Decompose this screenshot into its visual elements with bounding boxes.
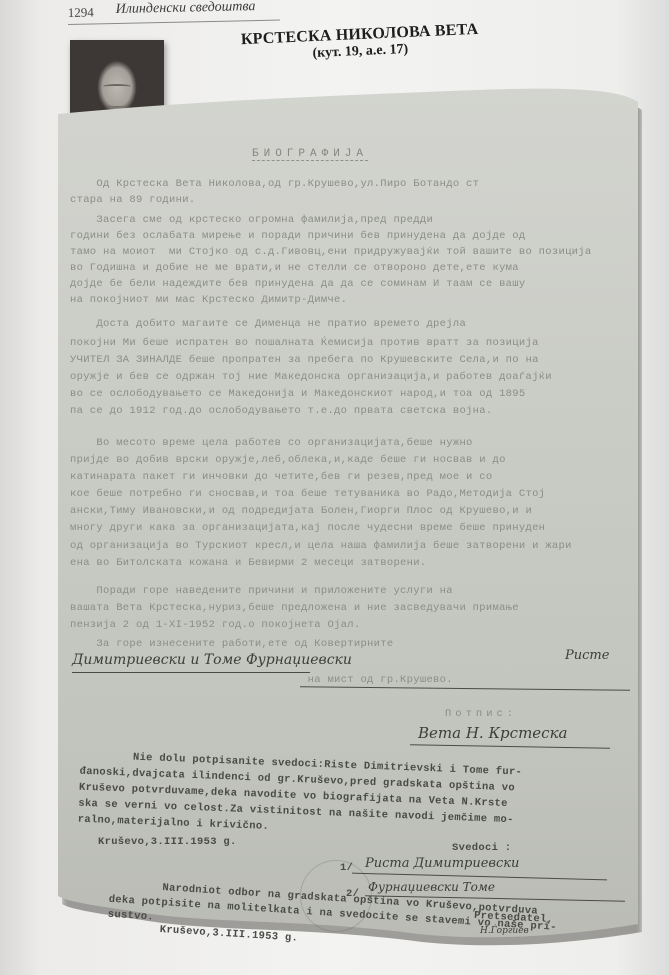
body-line: години без ослабата мирење и поради прич… bbox=[70, 230, 525, 242]
body-line: на покојниот ми мас Крстеско Димитр-Димч… bbox=[70, 294, 347, 306]
signature-label: Потпис: bbox=[445, 708, 517, 720]
body-line: УЧИТЕЛ ЗА ЗИНАЛДЕ беше пропратен за преб… bbox=[70, 354, 539, 366]
witness-2-signature: Фурнаџиевски Томе bbox=[368, 880, 495, 894]
chairman-signature: Н.Ѓорѓиев bbox=[480, 926, 529, 936]
body-line: ански,Тиму Ивановски,и од подредијата Бо… bbox=[70, 505, 532, 517]
handwritten-margin-word: Ристе bbox=[565, 648, 609, 663]
body-line: во се ослободувањето се Македонија и Мак… bbox=[70, 388, 525, 400]
body-line: За горе изнесените работи,ете од Коверти… bbox=[70, 638, 393, 650]
body-line: дојде бе бели надеждите бев принудена да… bbox=[70, 278, 525, 290]
entry-title: КРСТЕСКА НИКОЛОВА ВЕТА (кут. 19, а.е. 17… bbox=[239, 21, 480, 65]
witnesses-label: Svedoci : bbox=[452, 842, 511, 854]
body-line: од организација во Турскиот кресл,и цела… bbox=[70, 540, 572, 552]
body-line: на мист од гр.Крушево. bbox=[70, 674, 453, 686]
body-line: тамо на моиот ми Стојко од с.д.Гивовц,ен… bbox=[70, 246, 591, 258]
page-number: 1294 bbox=[68, 4, 94, 21]
body-line: оружје и бев се одржан тој ние Македонск… bbox=[70, 371, 552, 383]
underline bbox=[72, 672, 310, 673]
document-heading: БИОГРАФИЈА bbox=[252, 148, 368, 161]
body-line: пензија 2 од 1-XI-1952 год.о покојнета О… bbox=[70, 619, 360, 631]
handwritten-witnesses-names: Димитриевски и Томе Фурнаџиевски bbox=[72, 652, 352, 668]
body-line: кое беше потребно ги сносвав,и тоа беше … bbox=[70, 488, 545, 500]
photo-face-detail bbox=[108, 102, 126, 108]
body-line: покојни Ми беше испратен во пошалната Ќе… bbox=[70, 337, 539, 349]
body-line: Поради горе наведените причини и приложе… bbox=[70, 585, 453, 597]
applicant-signature: Вета Н. Крстеска bbox=[418, 724, 567, 742]
body-line: Во месото време цела работев со организа… bbox=[70, 437, 473, 449]
witness-1-signature: Риста Димитриевски bbox=[365, 856, 519, 871]
body-line: стара на 89 години. bbox=[70, 194, 195, 206]
body-line: Од Крстеска Вета Николова,од гр.Крушево,… bbox=[70, 178, 479, 190]
body-line: вашата Вета Крстеска,нуриз,беше предложе… bbox=[70, 602, 519, 614]
body-line: па се до 1912 год.до ослободувањето т.е.… bbox=[70, 405, 492, 417]
body-line: Засега сме од крстеско огромна фамилија,… bbox=[70, 214, 433, 226]
body-line: пријде во добив врски оружје,леб,облека,… bbox=[70, 454, 506, 466]
photo-face-detail bbox=[103, 84, 131, 89]
body-line: многу други кака за организацијата,кај п… bbox=[70, 522, 545, 534]
body-line: во Годишна и добие не ме врати,и не стел… bbox=[70, 262, 519, 274]
body-line: катинарата пакет ги инчовки до четите,бе… bbox=[70, 471, 492, 483]
body-line: Доста добито магаите се Дименца не прати… bbox=[70, 318, 466, 330]
body-line: ена во Битолската кожана и Бевирми 2 мес… bbox=[70, 557, 426, 569]
witness-2-number: 2/ bbox=[346, 888, 359, 900]
place-date: Kruševo,3.III.1953 g. bbox=[98, 836, 237, 848]
running-title: Илинденски сведоштва bbox=[116, 0, 256, 18]
book-page-header: 1294 Илинденски сведоштва bbox=[68, 0, 280, 25]
